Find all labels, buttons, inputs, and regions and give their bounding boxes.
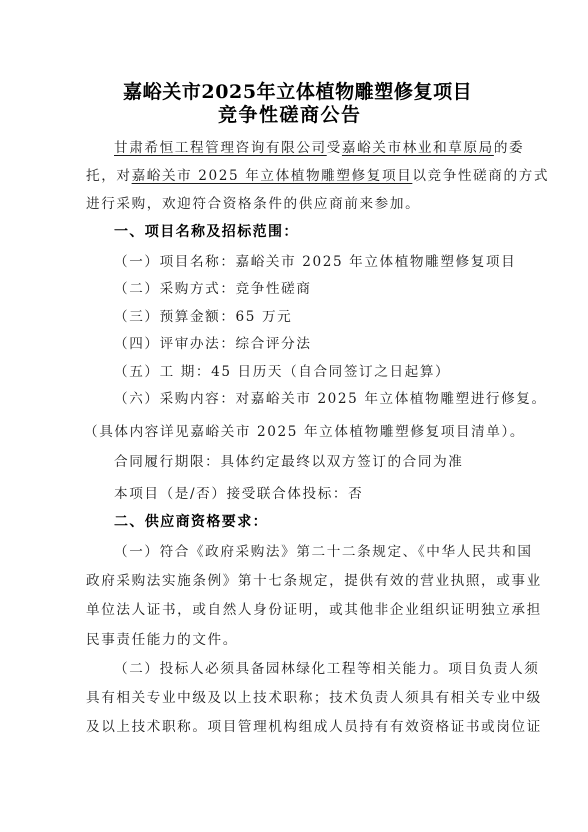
intro-line-2: 托，对嘉峪关市 2025 年立体植物雕塑修复项目以竞争性磋商的方式 bbox=[86, 167, 549, 185]
req1-line-3: 单位法人证书，或自然人身份证明，或其他非企业组织证明独立承担 bbox=[86, 601, 542, 619]
intro-line-1: 甘肃希恒工程管理咨询有限公司受嘉峪关市林业和草原局的委 bbox=[114, 139, 524, 157]
project-name-ref: 嘉峪关市 2025 年立体植物雕塑修复项目 bbox=[132, 168, 413, 184]
client-name: 嘉峪关市林业和草原局 bbox=[342, 140, 494, 156]
section1-item-3: （三）预算金额：65 万元 bbox=[114, 308, 292, 326]
section1-item-4: （四）评审办法：综合评分法 bbox=[114, 335, 312, 353]
section1-item-6: （六）采购内容：对嘉峪关市 2025 年立体植物雕塑进行修复。 bbox=[114, 390, 547, 408]
req2-line-1: （二）投标人必须具备园林绿化工程等相关能力。项目负责人须 bbox=[114, 660, 539, 678]
req1-line-4: 民事责任能力的文件。 bbox=[86, 631, 238, 649]
document-title: 嘉峪关市2025年立体植物雕塑修复项目 bbox=[123, 80, 472, 104]
contract-period: 合同履行期限：具体约定最终以双方签订的合同为准 bbox=[114, 453, 463, 471]
joint-bid: 本项目（是/否）接受联合体投标：否 bbox=[114, 485, 363, 503]
section1-item-5: （五）工 期：45 日历天（自合同签订之日起算） bbox=[114, 363, 450, 381]
intro-connector: 受 bbox=[327, 140, 342, 156]
intro-line-3: 进行采购，欢迎符合资格条件的供应商前来参加。 bbox=[86, 195, 420, 213]
section1-heading: 一、项目名称及招标范围： bbox=[114, 223, 299, 241]
req2-line-2: 具有相关专业中级及以上技术职称；技术负责人须具有相关专业中级 bbox=[86, 689, 542, 707]
agent-name: 甘肃希恒工程管理咨询有限公司 bbox=[114, 140, 327, 156]
intro-line-1-end: 的委 bbox=[494, 140, 524, 156]
req1-line-1: （一）符合《政府采购法》第二十二条规定、《中华人民共和国 bbox=[114, 543, 533, 561]
intro-line-2-start: 托，对 bbox=[86, 168, 132, 184]
intro-line-2-end: 以竞争性磋商的方式 bbox=[412, 168, 549, 184]
document-page: 嘉峪关市2025年立体植物雕塑修复项目 竞争性磋商公告 甘肃希恒工程管理咨询有限… bbox=[0, 0, 588, 832]
detail-note: （具体内容详见嘉峪关市 2025 年立体植物雕塑修复项目清单）。 bbox=[84, 423, 525, 441]
section1-item-1: （一）项目名称：嘉峪关市 2025 年立体植物雕塑修复项目 bbox=[114, 253, 516, 271]
section1-item-2: （二）采购方式：竞争性磋商 bbox=[114, 280, 312, 298]
section2-heading: 二、供应商资格要求： bbox=[114, 513, 268, 531]
req2-line-3: 及以上技术职称。项目管理机构组成人员持有有效资格证书或岗位证 bbox=[86, 718, 542, 736]
req1-line-2: 政府采购法实施条例》第十七条规定，提供有效的营业执照，或事业 bbox=[86, 572, 542, 590]
document-subtitle: 竞争性磋商公告 bbox=[218, 103, 362, 127]
